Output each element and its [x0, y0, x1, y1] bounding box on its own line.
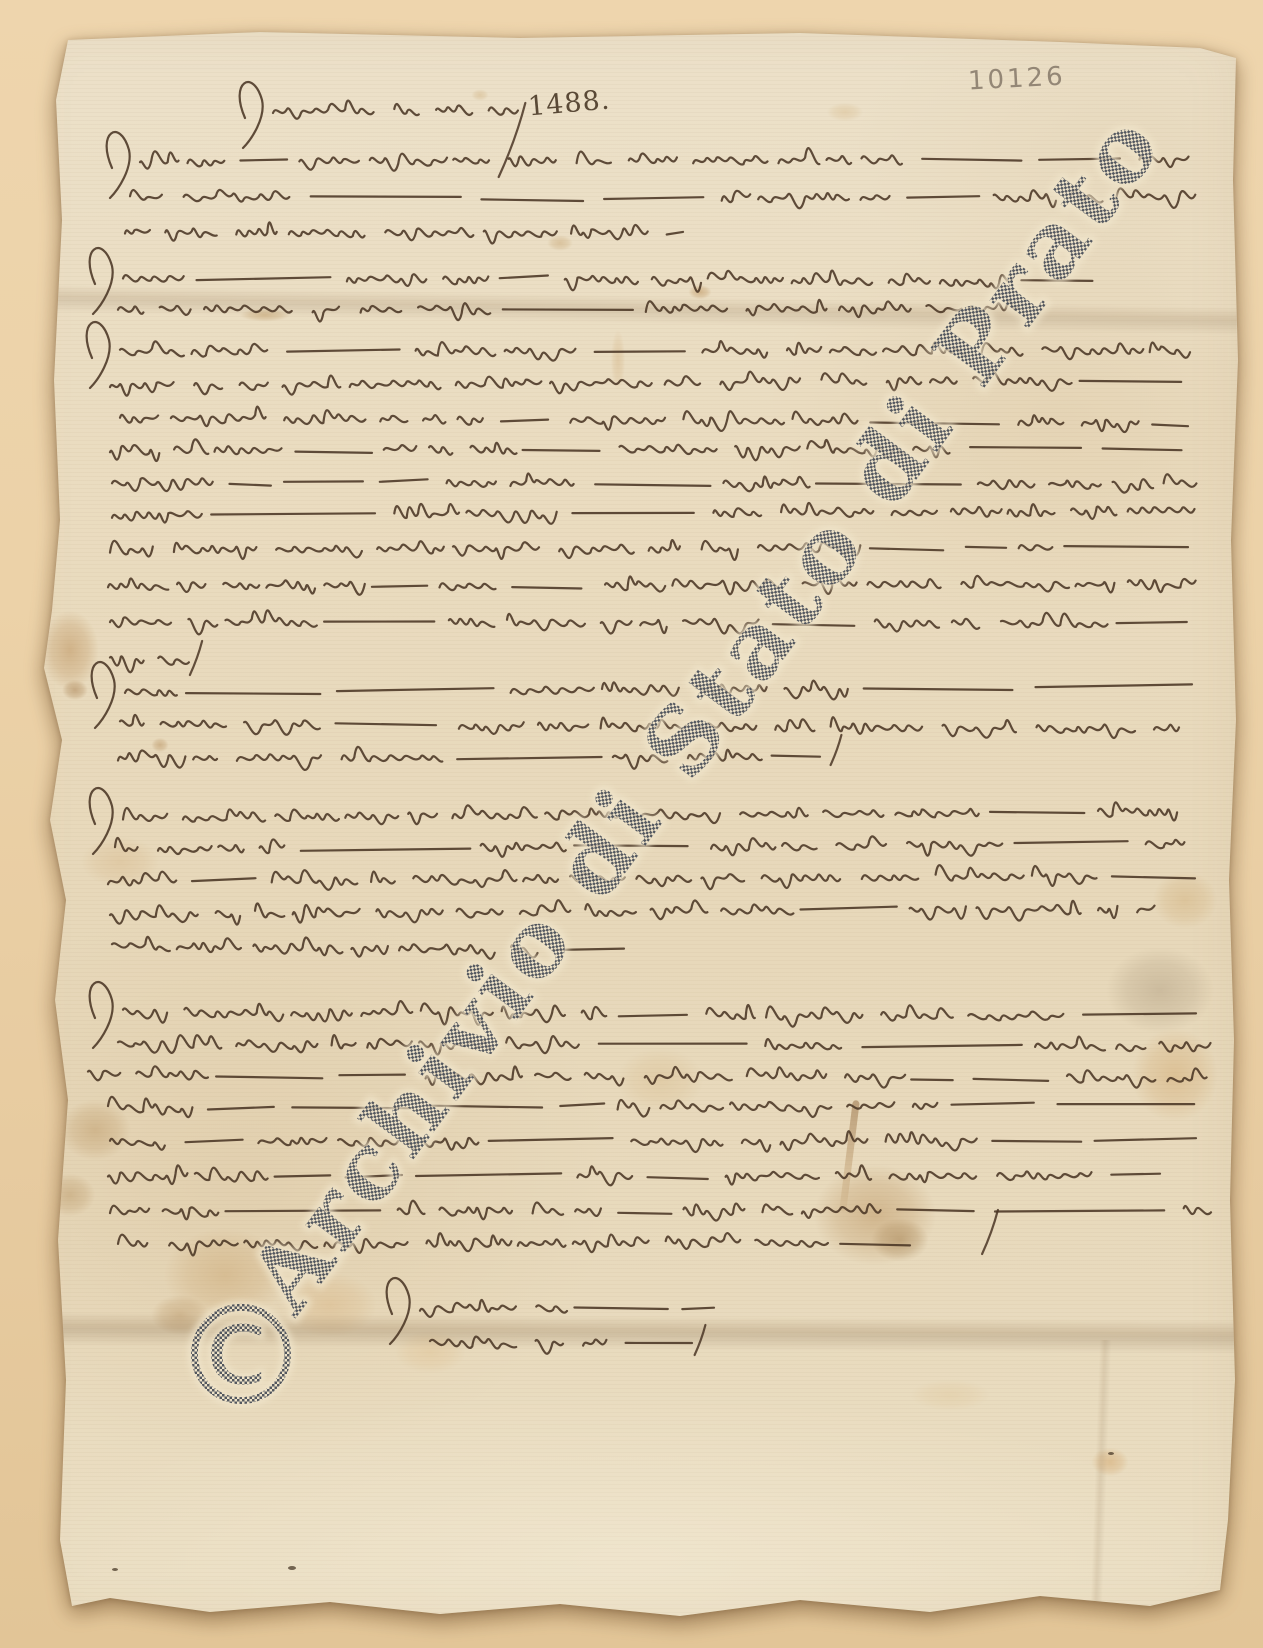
- copyright-symbol: ©: [172, 1276, 310, 1437]
- watermark-text: Archivio di Stato di Prato: [226, 90, 1184, 1332]
- copyright-icon: © ©: [172, 1276, 310, 1437]
- watermark-layer: Archivio di Stato di Prato Archivio di S…: [0, 0, 1263, 1648]
- watermark-text-group: Archivio di Stato di Prato Archivio di S…: [226, 90, 1184, 1332]
- manuscript-scan: 1488. 10126 Archivio di Stato di Prato A…: [0, 0, 1263, 1648]
